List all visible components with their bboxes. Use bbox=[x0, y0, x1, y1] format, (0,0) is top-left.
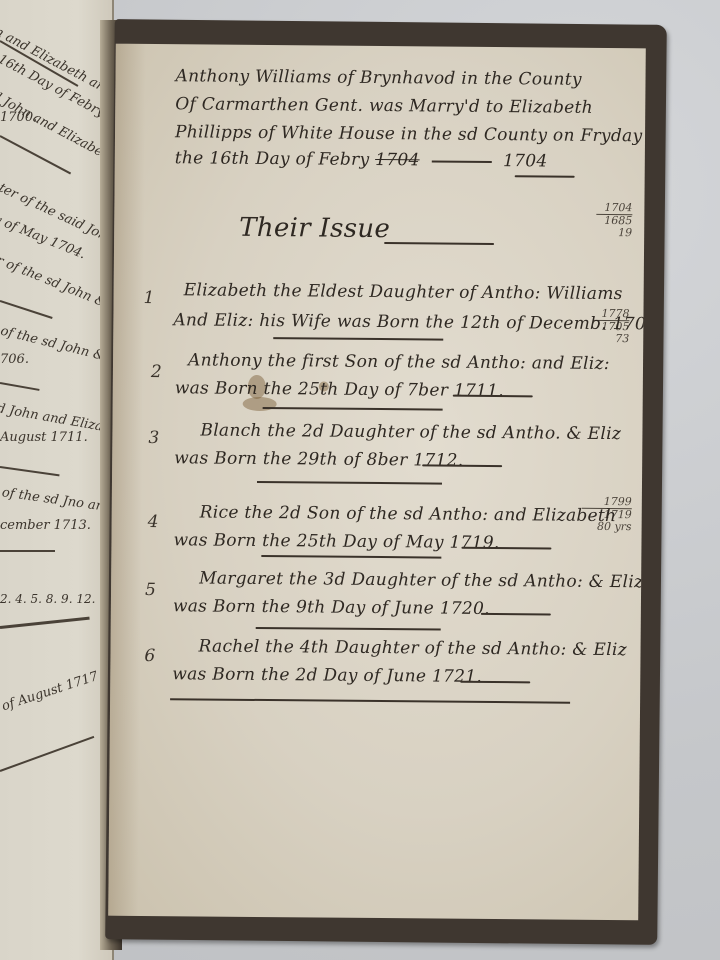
left-page-text: August 1711. bbox=[0, 430, 88, 445]
left-page-text: of August 1717 bbox=[0, 669, 100, 714]
left-page-text: 706. bbox=[0, 352, 29, 367]
entry-divider bbox=[261, 555, 441, 559]
entry-line-1: Rachel the 4th Daughter of the sd Antho:… bbox=[198, 636, 627, 660]
struck-year: 1704 bbox=[375, 150, 420, 170]
left-page-text: 1700. bbox=[0, 110, 37, 125]
left-page-rule bbox=[0, 466, 60, 476]
left-page-rule bbox=[0, 300, 53, 319]
flourish-line bbox=[384, 242, 494, 245]
entry-line-2: was Born the 25th Day of 7ber 1711. bbox=[175, 378, 504, 401]
header-line-1: Anthony Williams of Brynhavod in the Cou… bbox=[175, 66, 581, 90]
flourish-line bbox=[481, 613, 551, 616]
entry-line-2: was Born the 2d Day of June 1721. bbox=[172, 664, 482, 687]
left-page-strikeout bbox=[0, 617, 90, 629]
left-page-rule bbox=[0, 382, 40, 391]
entry-line-1: Blanch the 2d Daughter of the sd Antho. … bbox=[200, 420, 621, 444]
margin-calculation: 1704 1685 19 bbox=[596, 202, 632, 239]
entry-number: 6 bbox=[144, 646, 155, 666]
entry-number: 3 bbox=[148, 428, 159, 448]
header-line-4: the 16th Day of Febry 1704 1704 bbox=[175, 148, 548, 171]
header-line-3: Phillipps of White House in the sd Count… bbox=[175, 122, 643, 146]
flourish-line bbox=[431, 160, 491, 163]
section-title: Their Issue bbox=[239, 213, 390, 244]
left-page-rule bbox=[0, 135, 71, 174]
left-page-rule bbox=[0, 736, 94, 772]
entry-line-2: And Eliz: his Wife was Born the 12th of … bbox=[173, 310, 645, 334]
calc-result: 19 bbox=[596, 227, 632, 239]
left-facing-page: John and Elizabeth and the 16th Day of F… bbox=[0, 0, 114, 960]
entry-divider bbox=[256, 627, 441, 631]
header-date-text: the 16th Day of Febry bbox=[175, 148, 370, 170]
entry-number: 4 bbox=[148, 512, 159, 532]
entry-line-1: Anthony the first Son of the sd Antho: a… bbox=[188, 350, 610, 374]
left-page-text: hter of the sd John & Eliz bbox=[0, 245, 114, 322]
flourish-line bbox=[515, 175, 575, 178]
final-divider bbox=[170, 698, 570, 703]
register-page: Anthony Williams of Brynhavod in the Cou… bbox=[108, 44, 646, 921]
calc-top: 1704 bbox=[596, 202, 632, 214]
entry-line-1: Margaret the 3d Daughter of the sd Antho… bbox=[199, 568, 643, 592]
entry-line-2: was Born the 25th Day of May 1719. bbox=[173, 530, 499, 553]
entry-divider bbox=[257, 481, 442, 485]
entry-line-2: was Born the 9th Day of June 1720. bbox=[173, 596, 490, 619]
calc-result: 73 bbox=[593, 333, 629, 345]
header-line-2: Of Carmarthen Gent. was Marry'd to Eliza… bbox=[175, 94, 593, 118]
entry-number: 5 bbox=[145, 580, 156, 600]
entry-number: 2 bbox=[151, 362, 162, 382]
entry-divider bbox=[273, 337, 443, 340]
entry-divider bbox=[263, 407, 443, 411]
left-page-text: ter of the sd Jno and Eliz bbox=[0, 482, 114, 520]
header-year: 1704 bbox=[503, 151, 548, 171]
entry-line-2: was Born the 29th of 8ber 1712. bbox=[174, 448, 463, 471]
left-page-text: cember 1713. bbox=[0, 518, 91, 533]
entry-number: 1 bbox=[144, 288, 155, 308]
entry-line-1: Rice the 2d Son of the sd Antho: and Eli… bbox=[200, 502, 617, 526]
entry-line-1: Elizabeth the Eldest Daughter of Antho: … bbox=[184, 280, 623, 304]
left-page-text: 2. 4. 5. 8. 9. 12. 14. bbox=[0, 592, 114, 606]
left-page-rule bbox=[0, 550, 55, 552]
